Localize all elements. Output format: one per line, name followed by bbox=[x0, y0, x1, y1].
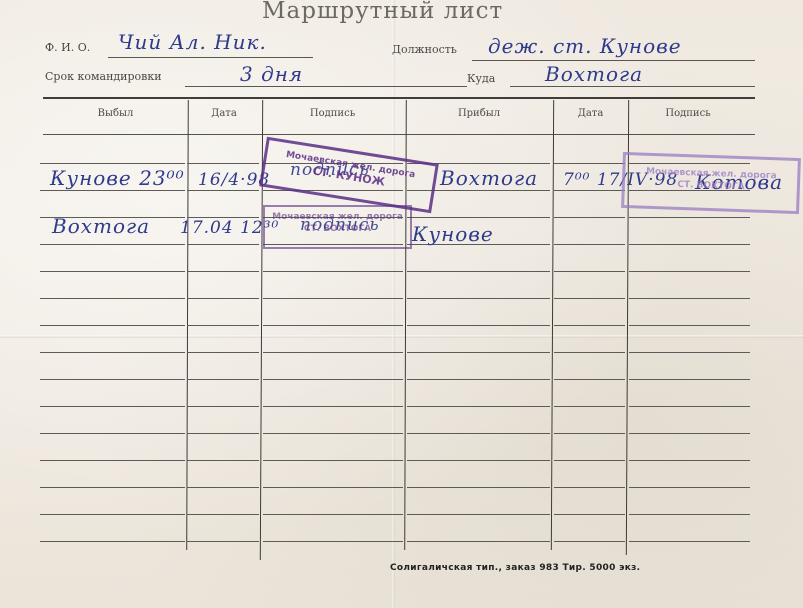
table-row-line bbox=[263, 514, 403, 515]
table-row-line bbox=[554, 514, 625, 515]
table-row-line bbox=[263, 433, 403, 434]
table-row-line bbox=[407, 460, 550, 461]
term-label: Срок командировки bbox=[45, 70, 162, 83]
table-row-line bbox=[40, 379, 185, 380]
table-row-line bbox=[263, 271, 403, 272]
table-row-line bbox=[407, 379, 550, 380]
table-row-line bbox=[187, 487, 259, 488]
table-row-line bbox=[187, 460, 259, 461]
position-underline bbox=[472, 60, 755, 61]
table-row-line bbox=[187, 325, 259, 326]
table-row-line bbox=[407, 487, 550, 488]
table-row-line bbox=[629, 406, 750, 407]
table-row-line bbox=[629, 298, 750, 299]
table-row-line bbox=[40, 487, 185, 488]
col-header-departed-signature: Подпись bbox=[260, 108, 405, 119]
table-row-line bbox=[629, 541, 750, 542]
table-row-line bbox=[187, 298, 259, 299]
table-row-line bbox=[554, 406, 625, 407]
destination-underline bbox=[510, 86, 755, 87]
table-row-line bbox=[629, 487, 750, 488]
col-header-departed-date: Дата bbox=[188, 108, 260, 119]
table-row-line bbox=[554, 487, 625, 488]
fio-underline bbox=[108, 57, 313, 58]
table-row-line bbox=[40, 433, 185, 434]
table-row-line bbox=[187, 541, 259, 542]
col-header-arrived: Прибыл bbox=[405, 108, 553, 119]
row1-arrived[interactable]: Вохтога bbox=[440, 166, 538, 190]
table-row-line bbox=[629, 433, 750, 434]
table-row-line bbox=[40, 271, 185, 272]
paper-fold-vertical bbox=[392, 0, 395, 608]
table-header-rule bbox=[43, 134, 755, 135]
position-label: Должность bbox=[392, 43, 457, 56]
table-row-line bbox=[40, 406, 185, 407]
table-row-line bbox=[554, 379, 625, 380]
destination-value[interactable]: Вохтога bbox=[545, 62, 643, 86]
table-row-line bbox=[263, 352, 403, 353]
destination-label: Куда bbox=[467, 72, 495, 85]
table-row-line bbox=[40, 352, 185, 353]
table-row-line bbox=[40, 163, 185, 164]
table-row-line bbox=[407, 406, 550, 407]
table-row-line bbox=[407, 433, 550, 434]
table-row-line bbox=[554, 244, 625, 245]
table-row-line bbox=[629, 379, 750, 380]
table-row-line bbox=[554, 190, 625, 191]
table-row-line bbox=[187, 244, 259, 245]
table-row-line bbox=[187, 433, 259, 434]
table-row-line bbox=[40, 514, 185, 515]
table-row-line bbox=[407, 514, 550, 515]
document-title: Маршрутный лист bbox=[262, 0, 503, 24]
table-row-line bbox=[629, 352, 750, 353]
railway-stamp-vokhtoga-faint: Мочаевская жел. дорога СТ. ВОХТОГА bbox=[621, 152, 801, 214]
table-row-line bbox=[187, 190, 259, 191]
document-paper bbox=[0, 0, 803, 608]
table-row-line bbox=[629, 325, 750, 326]
table-row-line bbox=[554, 352, 625, 353]
table-row-line bbox=[407, 352, 550, 353]
table-row-line bbox=[407, 271, 550, 272]
col-header-arrived-signature: Подпись bbox=[628, 108, 748, 119]
printer-imprint: Солигаличская тип., заказ 983 Тир. 5000 … bbox=[390, 563, 640, 573]
table-row-line bbox=[263, 298, 403, 299]
table-row-line bbox=[263, 406, 403, 407]
table-row-line bbox=[187, 514, 259, 515]
table-row-line bbox=[554, 298, 625, 299]
table-row-line bbox=[407, 298, 550, 299]
table-row-line bbox=[629, 217, 750, 218]
table-row-line bbox=[187, 406, 259, 407]
table-row-line bbox=[187, 352, 259, 353]
term-underline bbox=[185, 86, 467, 87]
fio-label: Ф. И. О. bbox=[45, 41, 90, 54]
table-row-line bbox=[263, 487, 403, 488]
table-row-line bbox=[554, 271, 625, 272]
table-row-line bbox=[40, 325, 185, 326]
table-row-line bbox=[187, 379, 259, 380]
row2-departed[interactable]: Вохтога bbox=[52, 214, 150, 238]
stamp-line2: СТ. ВОХТОГА bbox=[265, 223, 410, 235]
table-row-line bbox=[554, 163, 625, 164]
table-row-line bbox=[40, 244, 185, 245]
table-row-line bbox=[629, 244, 750, 245]
table-row-line bbox=[407, 325, 550, 326]
table-row-line bbox=[263, 325, 403, 326]
paper-fold-horizontal bbox=[0, 335, 803, 338]
table-row-line bbox=[554, 325, 625, 326]
table-row-line bbox=[554, 433, 625, 434]
row2-arrived[interactable]: Кунове bbox=[412, 222, 494, 246]
table-row-line bbox=[263, 460, 403, 461]
table-row-line bbox=[629, 271, 750, 272]
table-row-line bbox=[629, 514, 750, 515]
col-header-departed: Выбыл bbox=[43, 108, 188, 119]
table-row-line bbox=[407, 541, 550, 542]
railway-stamp-vokhtoga: Мочаевская жел. дорога СТ. ВОХТОГА bbox=[263, 205, 412, 249]
table-row-line bbox=[40, 541, 185, 542]
table-row-line bbox=[554, 541, 625, 542]
table-row-line bbox=[40, 298, 185, 299]
term-value[interactable]: 3 дня bbox=[240, 62, 303, 86]
position-value[interactable]: деж. ст. Кунове bbox=[488, 34, 682, 58]
table-row-line bbox=[554, 460, 625, 461]
table-row-line bbox=[554, 217, 625, 218]
table-row-line bbox=[263, 379, 403, 380]
table-row-line bbox=[40, 460, 185, 461]
table-row-line bbox=[40, 190, 185, 191]
table-row-line bbox=[263, 541, 403, 542]
fio-value[interactable]: Чий Ал. Ник. bbox=[118, 30, 267, 54]
table-row-line bbox=[629, 460, 750, 461]
stamp-line1: Мочаевская жел. дорога bbox=[265, 211, 410, 223]
col-header-arrived-date: Дата bbox=[553, 108, 628, 119]
table-row-line bbox=[407, 217, 550, 218]
table-row-line bbox=[187, 271, 259, 272]
table-row-line bbox=[187, 163, 259, 164]
table-top-rule bbox=[43, 97, 755, 99]
row1-departed[interactable]: Кунове 23⁰⁰ bbox=[50, 166, 185, 190]
